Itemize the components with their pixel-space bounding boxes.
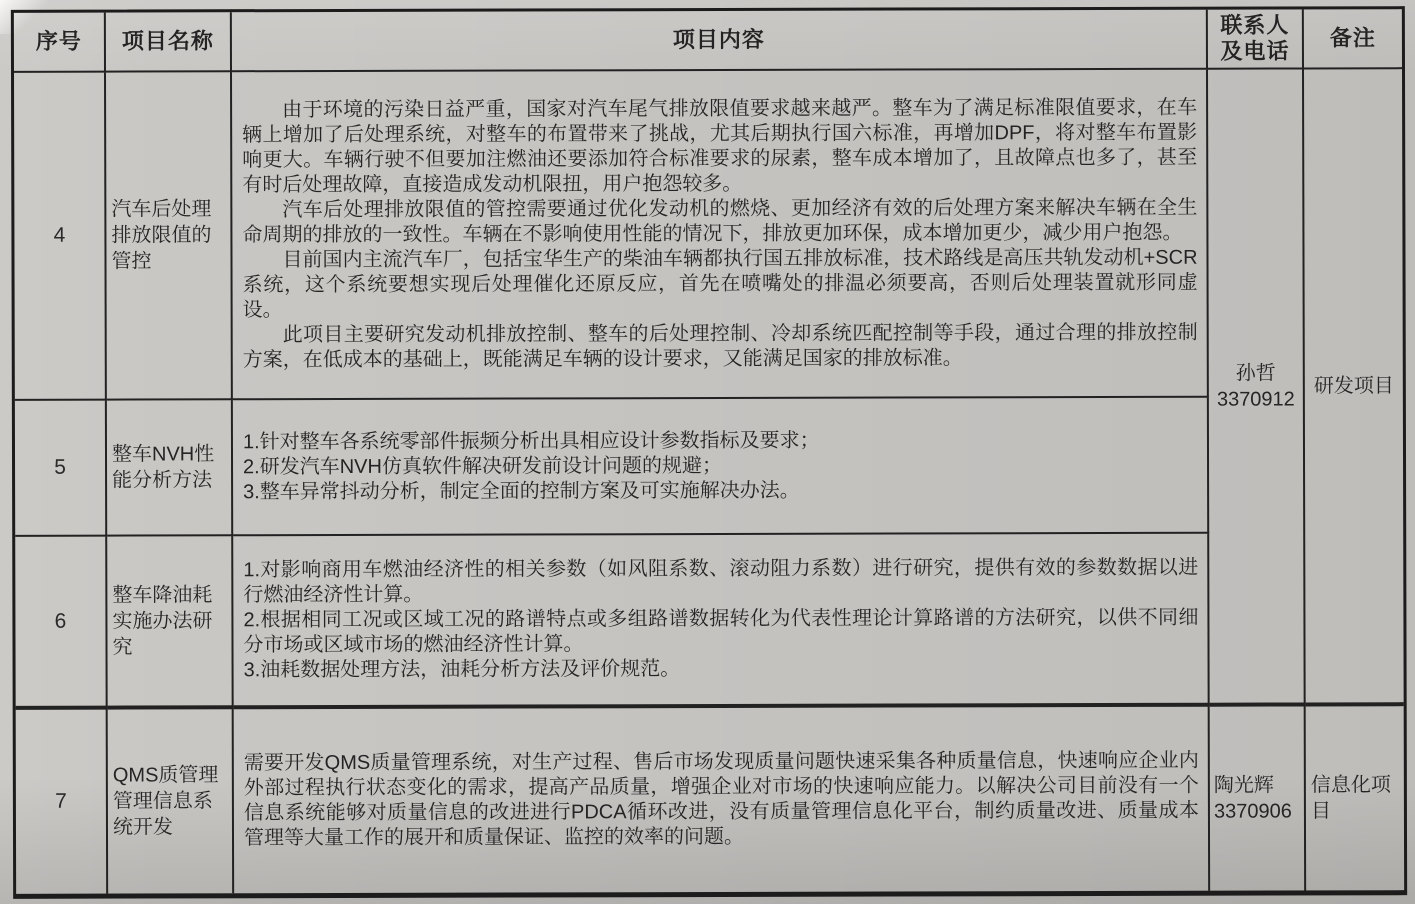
- row-name-6: 整车降油耗实施办法研究: [107, 536, 233, 709]
- row5-item-1: 1.针对整车各系统零部件振频分析出具相应设计参数指标及要求；: [243, 427, 1198, 455]
- header-project-name-label: 项目名称: [122, 28, 214, 54]
- header-no-label: 序号: [36, 29, 82, 55]
- contact-merged-rows-4-6: 孙哲 3370912: [1208, 69, 1306, 706]
- header-contact-line2: 及电话: [1220, 38, 1289, 64]
- row4-paragraph-1: 由于环境的污染日益严重，国家对汽车尾气排放限值要求越来越严。整车为了满足标准限值…: [242, 95, 1197, 197]
- row5-item-2: 2.研发汽车NVH仿真软件解决研发前设计问题的规避；: [243, 452, 1198, 480]
- header-project-name: 项目名称: [106, 12, 232, 72]
- row-name-4: 汽车后处理排放限值的管控: [106, 72, 233, 400]
- row-no-6: 6: [15, 537, 107, 710]
- row-no-7: 7: [16, 710, 108, 894]
- contact-phone: 3370912: [1217, 386, 1295, 412]
- row-no-4: 4: [14, 73, 107, 401]
- row-no-5: 5: [15, 401, 107, 537]
- scanned-document-photo: { "document": { "paper_color": "#c9c7c4"…: [0, 0, 1415, 904]
- row4-paragraph-2: 汽车后处理排放限值的管控需要通过优化发动机的燃烧、更加经济有效的后处理方案来解决…: [242, 195, 1197, 248]
- row-name-4-value: 汽车后处理排放限值的管控: [111, 196, 226, 274]
- row-name-5-value: 整车NVH性能分析方法: [112, 441, 227, 493]
- header-project-content-label: 项目内容: [673, 27, 765, 53]
- header-contact-line1: 联系人: [1220, 12, 1289, 38]
- header-project-content: 项目内容: [232, 10, 1208, 73]
- row-name-7-value: QMS质管理管理信息系统开发: [113, 762, 228, 840]
- project-table: 序号 项目名称 项目内容 联系人 及电话 备注 4 汽车后处理排放限值的管控 由…: [11, 6, 1407, 899]
- row-content-7: 需要开发QMS质量管理系统，对生产过程、售后市场发现质量问题快速采集各种质量信息…: [234, 707, 1210, 894]
- row-no-6-value: 6: [55, 609, 67, 633]
- row7-remark-value: 信息化项目: [1311, 772, 1402, 824]
- row-name-5: 整车NVH性能分析方法: [107, 400, 233, 536]
- header-no: 序号: [14, 13, 106, 73]
- row-name-7: QMS质管理管理信息系统开发: [108, 709, 234, 893]
- row5-item-3: 3.整车异常抖动分析，制定全面的控制方案及可实施解决办法。: [243, 477, 1198, 505]
- row-content-4: 由于环境的污染日益严重，国家对汽车尾气排放限值要求越来越严。整车为了满足标准限值…: [232, 70, 1209, 401]
- header-remark-label: 备注: [1330, 25, 1376, 51]
- row7-paragraph-1: 需要开发QMS质量管理系统，对生产过程、售后市场发现质量问题快速采集各种质量信息…: [244, 749, 1199, 851]
- row4-paragraph-3: 目前国内主流汽车厂，包括宝华生产的柴油车辆都执行国五排放标准，技术路线是高压共轨…: [242, 245, 1197, 322]
- row-content-6: 1.对影响商用车燃油经济性的相关参数（如风阻系数、滚动阻力系数）进行研究，提供有…: [233, 534, 1209, 710]
- row4-paragraph-4: 此项目主要研究发动机排放控制、整车的后处理控制、冷却系统匹配控制等手段，通过合理…: [243, 320, 1198, 373]
- header-remark: 备注: [1304, 9, 1402, 69]
- contact-name: 孙哲: [1236, 360, 1276, 386]
- row-no-4-value: 4: [54, 224, 66, 248]
- row-no-5-value: 5: [54, 456, 66, 480]
- row7-contact-phone: 3370906: [1214, 798, 1292, 824]
- row6-item-1: 1.对影响商用车燃油经济性的相关参数（如风阻系数、滚动阻力系数）进行研究，提供有…: [243, 556, 1198, 609]
- row7-contact-name: 陶光辉: [1214, 773, 1274, 799]
- remark-merged-value: 研发项目: [1314, 373, 1394, 399]
- header-contact: 联系人 及电话: [1208, 9, 1304, 69]
- remark-merged-rows-4-6: 研发项目: [1304, 69, 1404, 706]
- row-contact-7: 陶光辉 3370906: [1210, 706, 1306, 890]
- row6-item-2: 2.根据相同工况或区域工况的路谱特点或多组路谱数据转化为代表性理论计算路谱的方法…: [243, 606, 1198, 659]
- row-name-6-value: 整车降油耗实施办法研究: [112, 582, 227, 660]
- row-remark-7: 信息化项目: [1306, 706, 1404, 890]
- row6-item-3: 3.油耗数据处理方法，油耗分析方法及评价规范。: [244, 656, 1199, 684]
- row-content-5: 1.针对整车各系统零部件振频分析出具相应设计参数指标及要求； 2.研发汽车NVH…: [233, 398, 1209, 537]
- row-no-7-value: 7: [55, 790, 67, 814]
